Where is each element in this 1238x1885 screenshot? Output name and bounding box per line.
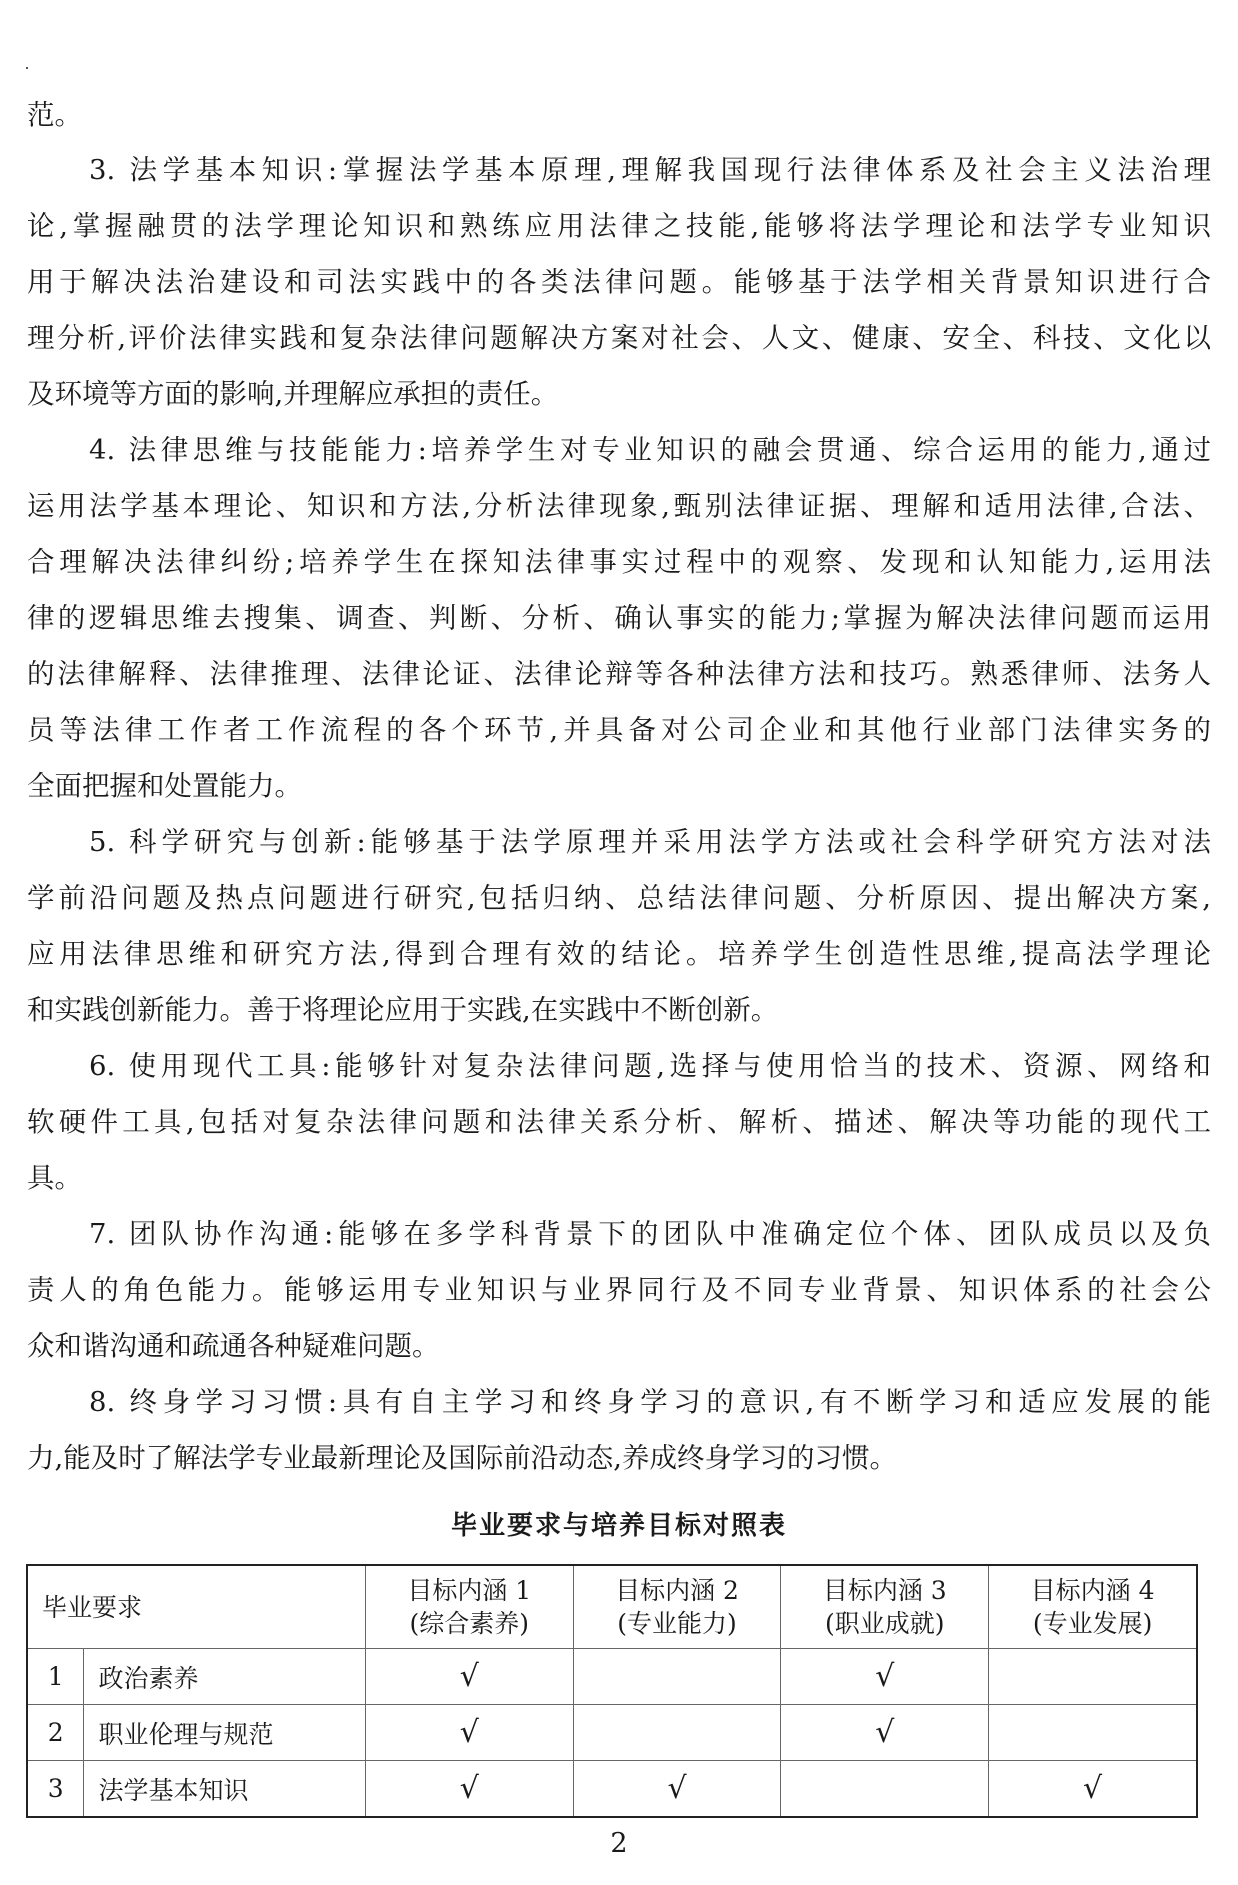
check-mark-cell bbox=[781, 1761, 989, 1818]
check-mark-cell: √ bbox=[781, 1705, 989, 1761]
table-row: 1 政治素养 √ √ bbox=[27, 1649, 1197, 1705]
scan-mark bbox=[26, 67, 28, 69]
header-goal-3: 目标内涵 3 (职业成就) bbox=[781, 1565, 989, 1649]
check-mark-cell bbox=[989, 1649, 1197, 1705]
check-mark-cell bbox=[573, 1705, 781, 1761]
row-index: 2 bbox=[27, 1705, 84, 1761]
header-goal-1: 目标内涵 1 (综合素养) bbox=[365, 1565, 573, 1649]
row-index: 3 bbox=[27, 1761, 84, 1818]
row-label: 政治素养 bbox=[84, 1649, 365, 1705]
text-line: 学前沿问题及热点问题进行研究,包括归纳、总结法律问题、分析原因、提出解决方案, bbox=[27, 878, 1211, 918]
text-line: 合理解决法律纠纷;培养学生在探知法律事实过程中的观察、发现和认知能力,运用法 bbox=[27, 542, 1211, 582]
text-line: 应用法律思维和研究方法,得到合理有效的结论。培养学生创造性思维,提高法学理论 bbox=[27, 934, 1211, 974]
text-line: 员等法律工作者工作流程的各个环节,并具备对公司企业和其他行业部门法律实务的 bbox=[27, 710, 1211, 750]
text-line: 6. 使用现代工具:能够针对复杂法律问题,选择与使用恰当的技术、资源、网络和 bbox=[27, 1046, 1211, 1086]
check-mark-cell: √ bbox=[573, 1761, 781, 1818]
text-line: 3. 法学基本知识:掌握法学基本原理,理解我国现行法律体系及社会主义法治理 bbox=[27, 150, 1211, 190]
text-line: 7. 团队协作沟通:能够在多学科背景下的团队中准确定位个体、团队成员以及负 bbox=[27, 1214, 1211, 1254]
text-line: 及环境等方面的影响,并理解应承担的责任。 bbox=[27, 374, 1211, 414]
goal-title: 目标内涵 3 bbox=[781, 1574, 988, 1607]
text-line: 律的逻辑思维去搜集、调查、判断、分析、确认事实的能力;掌握为解决法律问题而运用 bbox=[27, 598, 1211, 638]
text-line: 范。 bbox=[27, 95, 1211, 135]
goal-title: 目标内涵 4 bbox=[989, 1574, 1196, 1607]
table-header-row: 毕业要求 目标内涵 1 (综合素养) 目标内涵 2 (专业能力) 目标内涵 3 … bbox=[27, 1565, 1197, 1649]
text-line: 和实践创新能力。善于将理论应用于实践,在实践中不断创新。 bbox=[27, 990, 1211, 1030]
goal-subtitle: (专业能力) bbox=[574, 1607, 781, 1640]
check-mark-cell: √ bbox=[365, 1649, 573, 1705]
check-mark-cell: √ bbox=[781, 1649, 989, 1705]
table-row: 2 职业伦理与规范 √ √ bbox=[27, 1705, 1197, 1761]
goal-subtitle: (综合素养) bbox=[366, 1607, 573, 1640]
row-index: 1 bbox=[27, 1649, 84, 1705]
check-mark-cell: √ bbox=[989, 1761, 1197, 1818]
text-line: 论,掌握融贯的法学理论知识和熟练应用法律之技能,能够将法学理论和法学专业知识 bbox=[27, 206, 1211, 246]
header-goal-4: 目标内涵 4 (专业发展) bbox=[989, 1565, 1197, 1649]
text-line: 具。 bbox=[27, 1158, 1211, 1198]
text-line: 的法律解释、法律推理、法律论证、法律论辩等各种法律方法和技巧。熟悉律师、法务人 bbox=[27, 654, 1211, 694]
goal-title: 目标内涵 1 bbox=[366, 1574, 573, 1607]
check-mark-cell bbox=[989, 1705, 1197, 1761]
text-line: 软硬件工具,包括对复杂法律问题和法律关系分析、解析、描述、解决等功能的现代工 bbox=[27, 1102, 1211, 1142]
text-line: 众和谐沟通和疏通各种疑难问题。 bbox=[27, 1326, 1211, 1366]
check-mark-cell: √ bbox=[365, 1761, 573, 1818]
table-row: 3 法学基本知识 √ √ √ bbox=[27, 1761, 1197, 1818]
table-title: 毕业要求与培养目标对照表 bbox=[0, 1505, 1238, 1542]
check-mark-cell bbox=[573, 1649, 781, 1705]
text-line: 理分析,评价法律实践和复杂法律问题解决方案对社会、人文、健康、安全、科技、文化以 bbox=[27, 318, 1211, 358]
row-label: 职业伦理与规范 bbox=[84, 1705, 365, 1761]
text-line: 用于解决法治建设和司法实践中的各类法律问题。能够基于法学相关背景知识进行合 bbox=[27, 262, 1211, 302]
check-mark-cell: √ bbox=[365, 1705, 573, 1761]
text-line: 责人的角色能力。能够运用专业知识与业界同行及不同专业背景、知识体系的社会公 bbox=[27, 1270, 1211, 1310]
requirements-goals-table: 毕业要求 目标内涵 1 (综合素养) 目标内涵 2 (专业能力) 目标内涵 3 … bbox=[26, 1564, 1198, 1818]
goal-subtitle: (职业成就) bbox=[781, 1607, 988, 1640]
text-line: 力,能及时了解法学专业最新理论及国际前沿动态,养成终身学习的习惯。 bbox=[27, 1438, 1211, 1478]
text-line: 8. 终身学习习惯:具有自主学习和终身学习的意识,有不断学习和适应发展的能 bbox=[27, 1382, 1211, 1422]
text-line: 全面把握和处置能力。 bbox=[27, 766, 1211, 806]
row-label: 法学基本知识 bbox=[84, 1761, 365, 1818]
page-number: 2 bbox=[0, 1828, 1238, 1859]
text-line: 5. 科学研究与创新:能够基于法学原理并采用法学方法或社会科学研究方法对法 bbox=[27, 822, 1211, 862]
header-requirement: 毕业要求 bbox=[27, 1565, 365, 1649]
header-goal-2: 目标内涵 2 (专业能力) bbox=[573, 1565, 781, 1649]
goal-title: 目标内涵 2 bbox=[574, 1574, 781, 1607]
goal-subtitle: (专业发展) bbox=[989, 1607, 1196, 1640]
text-line: 运用法学基本理论、知识和方法,分析法律现象,甄别法律证据、理解和适用法律,合法、 bbox=[27, 486, 1211, 526]
text-line: 4. 法律思维与技能能力:培养学生对专业知识的融会贯通、综合运用的能力,通过 bbox=[27, 430, 1211, 470]
